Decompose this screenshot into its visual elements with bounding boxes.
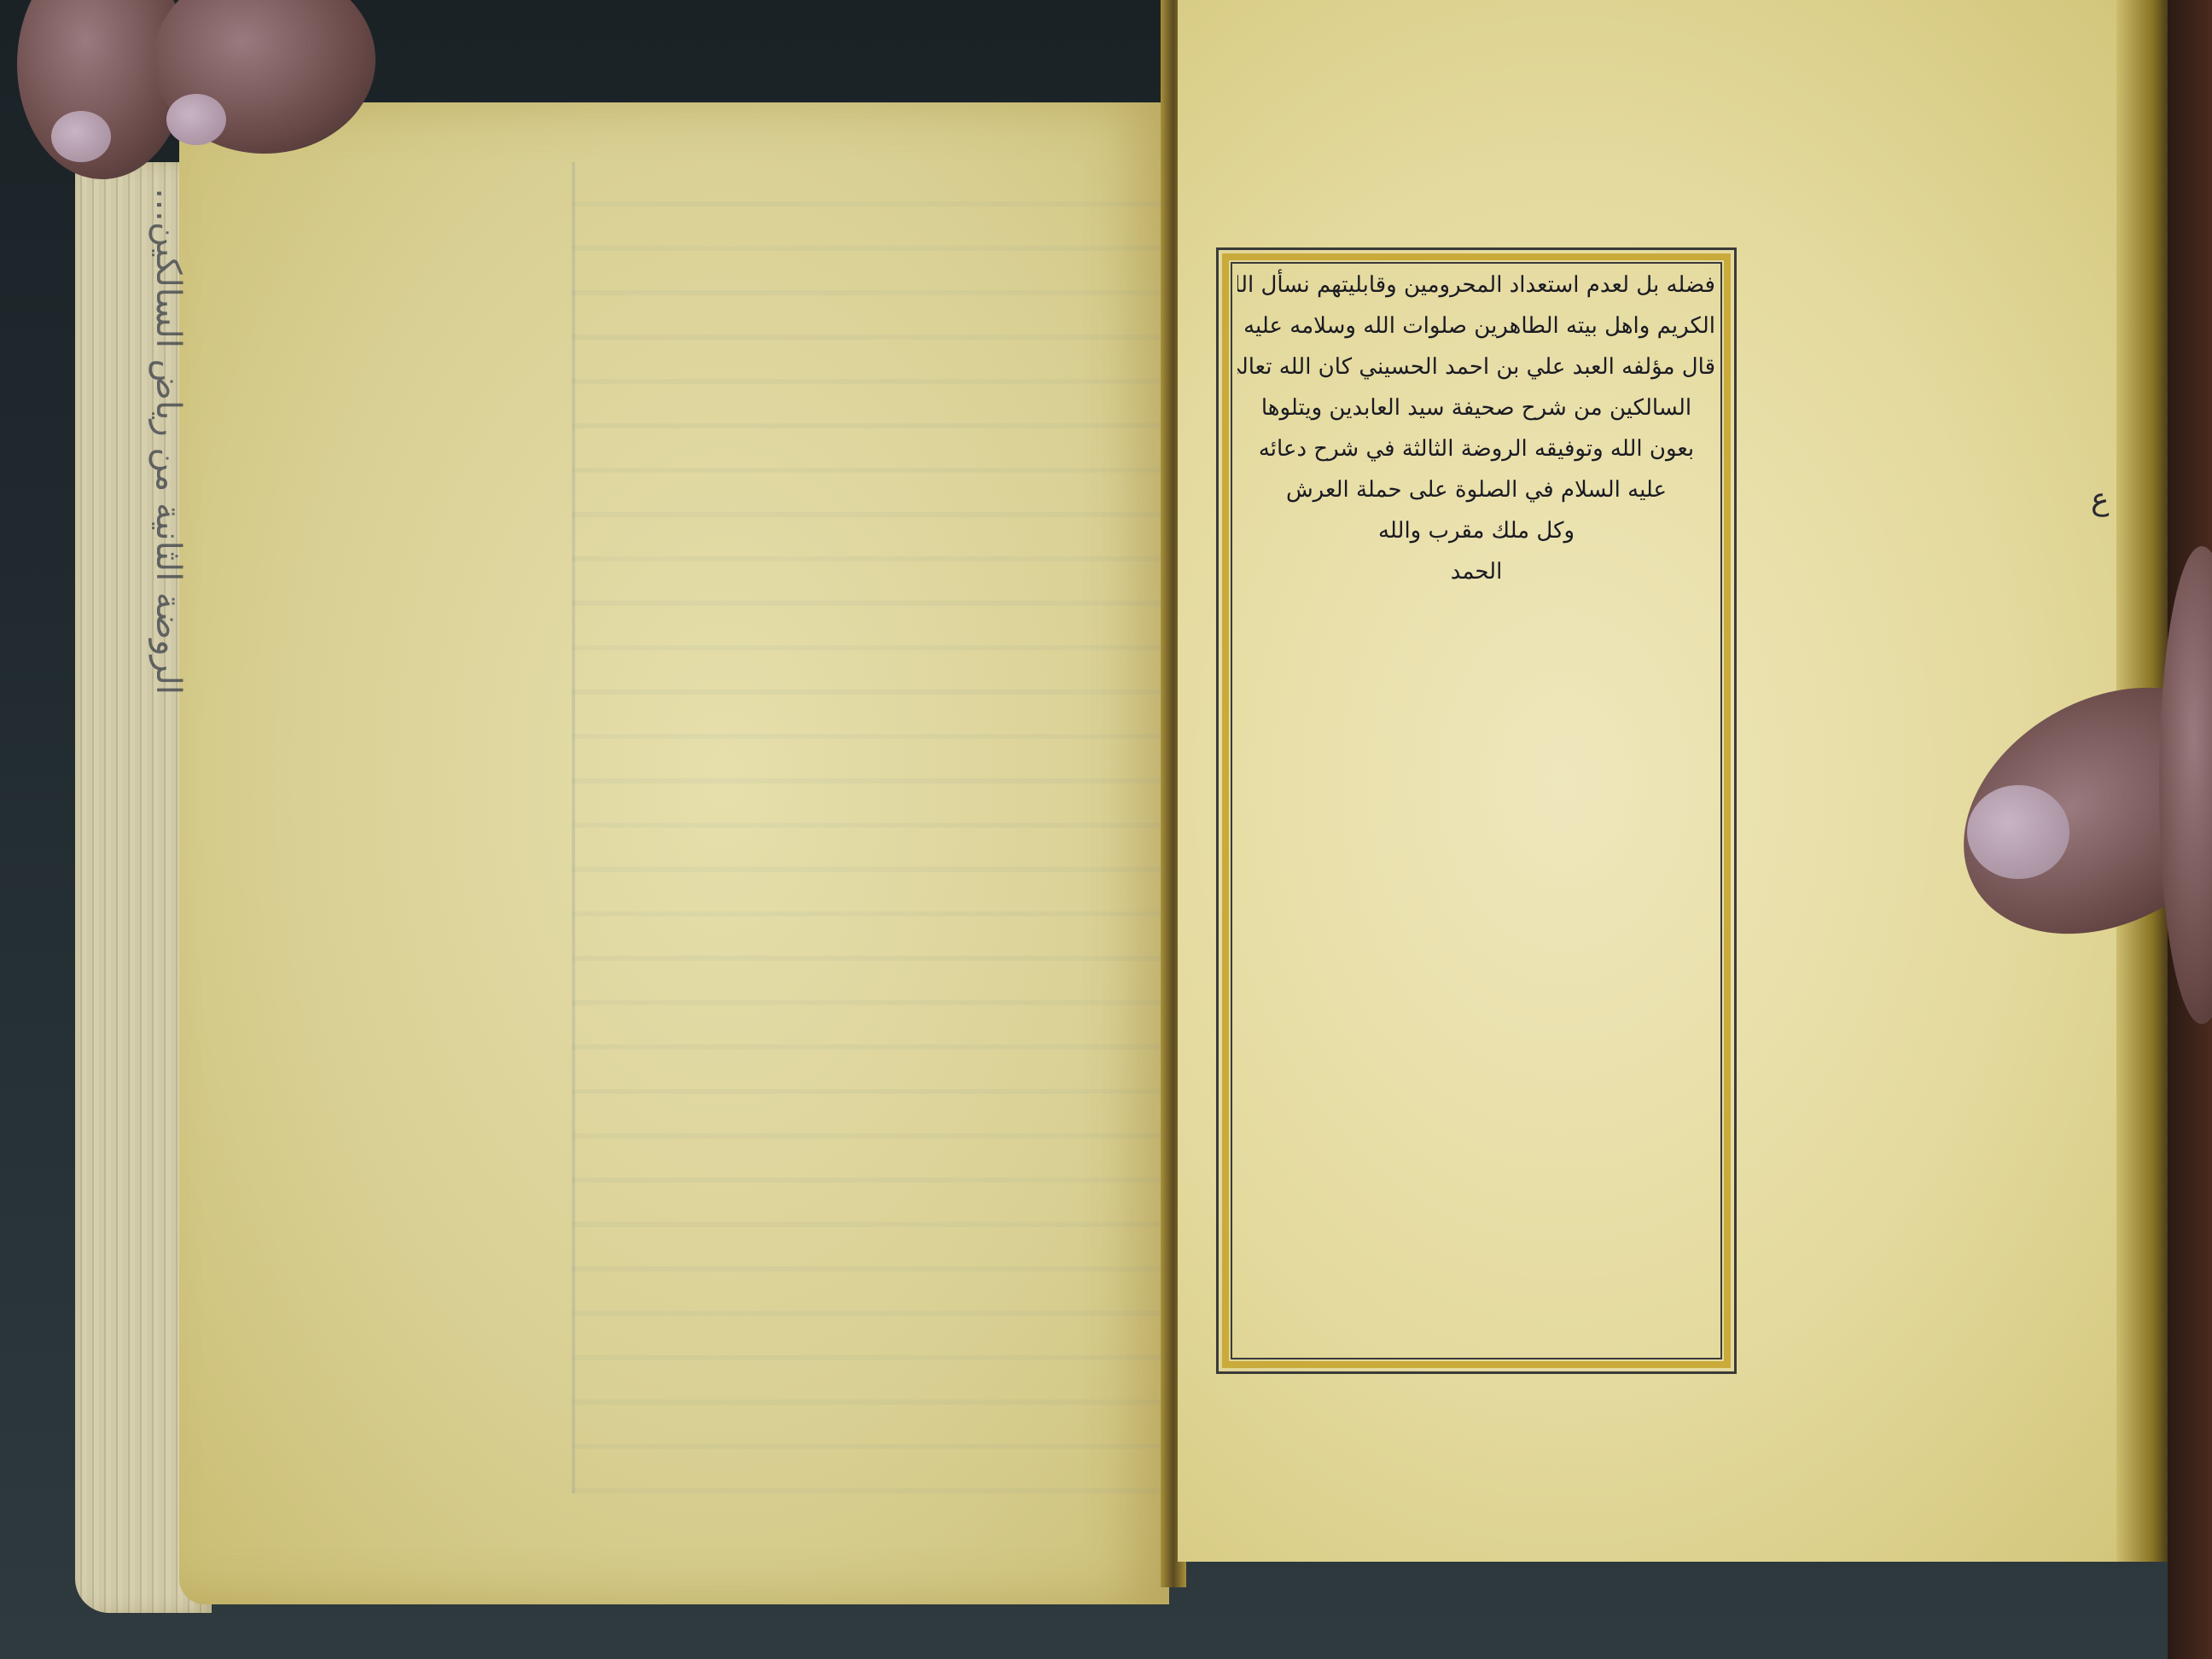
colophon-line: قال مؤلفه العبد علي بن احمد الحسيني كان … (1237, 346, 1715, 387)
colophon-line: الحمد (1237, 551, 1715, 592)
fingernail (166, 94, 226, 145)
catchword: ع (2091, 482, 2109, 517)
colophon-line: بعون الله وتوفيقه الروضة الثالثة في شرح … (1237, 428, 1715, 469)
colophon-line: السالكين من شرح صحيفة سيد العابدين ويتلو… (1237, 387, 1715, 428)
manuscript-photo: …الروضة الثانية من رياض السالكين فضله بل… (0, 0, 2212, 1659)
thumbnail (1967, 785, 2069, 879)
colophon-line: وكل ملك مقرب والله (1237, 510, 1715, 551)
left-page (179, 102, 1169, 1604)
colophon-line: فضله بل لعدم استعداد المحرومين وقابليتهم… (1237, 265, 1715, 306)
edge-inscription: …الروضة الثانية من رياض السالكين (119, 188, 188, 870)
show-through-text (572, 162, 1190, 1493)
colophon-line: عليه السلام في الصلوة على حملة العرش (1237, 469, 1715, 510)
colophon: فضله بل لعدم استعداد المحرومين وقابليتهم… (1237, 265, 1715, 592)
colophon-line: الكريم واهل بيته الطاهرين صلوات الله وسل… (1237, 306, 1715, 346)
fingernail (51, 111, 111, 162)
